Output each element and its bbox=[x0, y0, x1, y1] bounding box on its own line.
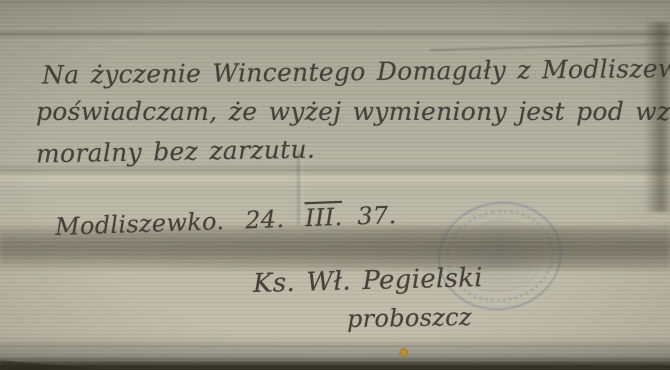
signature-name: Ks. Wł. Pegielski bbox=[253, 263, 484, 299]
dateline-day: 24. bbox=[245, 205, 285, 234]
handwritten-line-2: poświadczam, że wyżej wymieniony jest po… bbox=[36, 97, 670, 126]
dateline-year: 37. bbox=[357, 201, 397, 230]
handwritten-line-3: moralny bez zarzutu. bbox=[36, 135, 316, 169]
age-spot bbox=[399, 348, 408, 357]
photographed-document: Na życzenie Wincentego Domagały z Modlis… bbox=[0, 0, 670, 370]
dateline-month-roman: III. bbox=[305, 203, 343, 232]
dateline-place: Modliszewko. bbox=[55, 207, 225, 241]
photo-edge-right bbox=[644, 22, 670, 212]
signature-role: proboszcz bbox=[347, 303, 472, 333]
